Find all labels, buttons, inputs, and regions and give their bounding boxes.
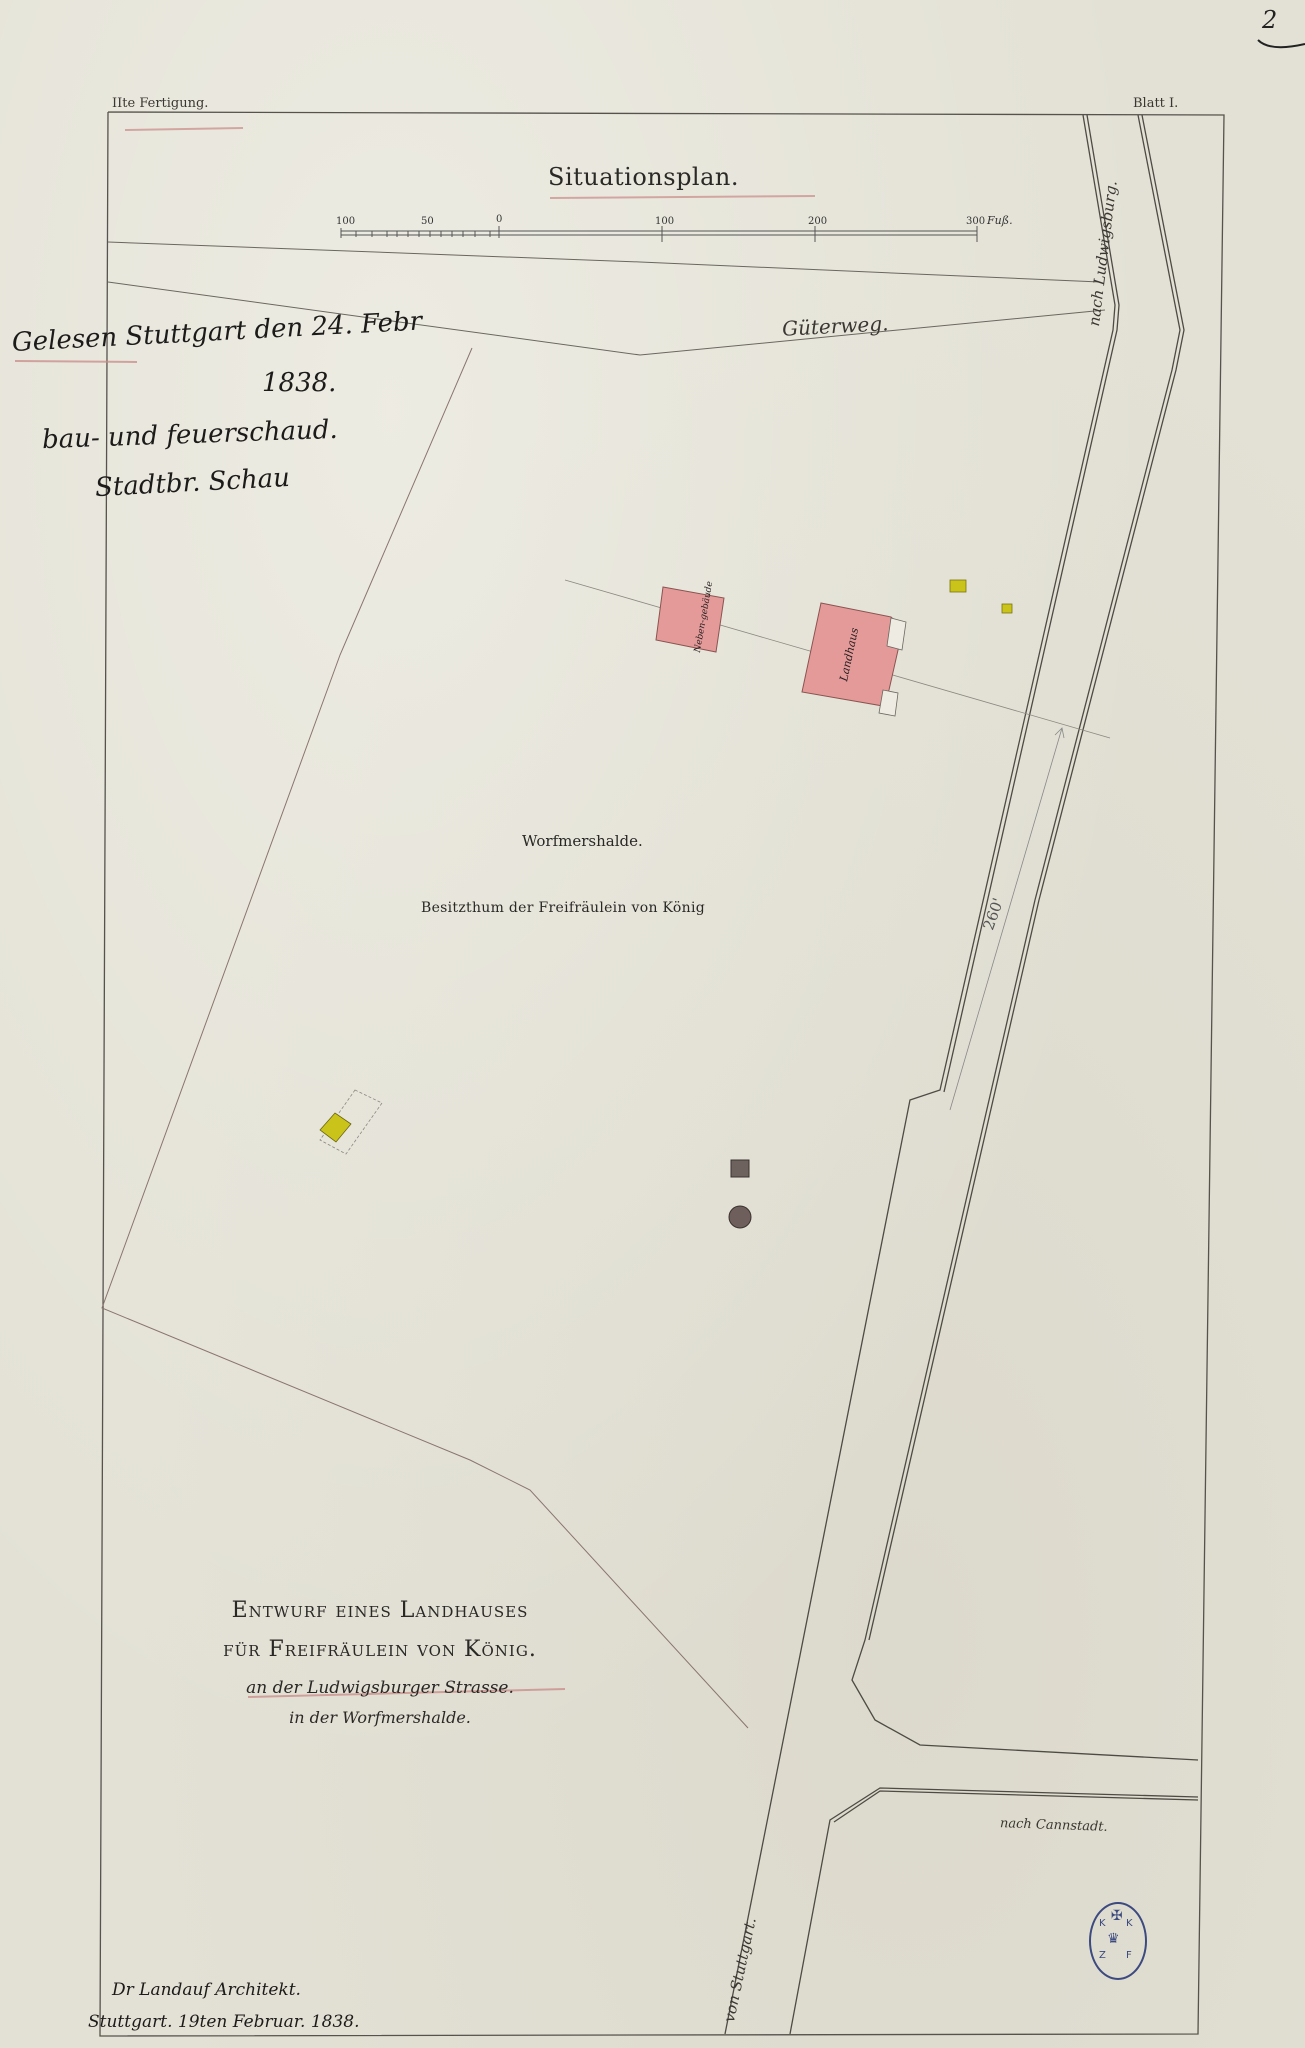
- stamp-letter: Z: [1099, 1950, 1106, 1961]
- owner-label: Besitzthum der Freifräulein von König: [421, 900, 705, 916]
- stamp-letter: K: [1099, 1918, 1106, 1929]
- yellow-outbuilding-3: [320, 1090, 382, 1154]
- stamp-letter: K: [1126, 1918, 1133, 1929]
- scale-tick-label: 0: [496, 214, 502, 225]
- dark-square-marker: [731, 1160, 749, 1177]
- scale-tick-label: 200: [808, 216, 827, 227]
- crown-icon: ♛: [1107, 1931, 1120, 1947]
- page-number: 2: [1262, 6, 1277, 34]
- nebengebaeude-building: [656, 587, 724, 652]
- ludwigsburger-strasse-road: [725, 115, 1198, 2034]
- yellow-outbuilding-2: [1002, 604, 1012, 613]
- cartouche-line4: in der Worfmershalde.: [160, 1708, 600, 1727]
- title-cartouche: Entwurf eines Landhauses für Freifräulei…: [160, 1598, 600, 1727]
- site-plan-drawing: [0, 0, 1305, 2048]
- border-frame: [100, 112, 1224, 2036]
- scale-unit-label: Fuß.: [987, 214, 1013, 227]
- scale-bar: [341, 226, 977, 242]
- place-name-label: Worfmershalde.: [522, 832, 643, 850]
- dimension-line: [950, 728, 1064, 1110]
- plan-title: Situationsplan.: [548, 163, 739, 191]
- header-fertigung: IIte Fertigung.: [112, 96, 208, 111]
- property-boundary: [102, 348, 748, 1728]
- cartouche-line3: an der Ludwigsburger Strasse.: [160, 1678, 600, 1698]
- scale-tick-label: 100: [655, 216, 674, 227]
- cartouche-line1: Entwurf eines Landhauses: [160, 1598, 600, 1623]
- architect-signature: Dr Landauf Architekt.: [112, 1980, 301, 2000]
- stamp-letter: F: [1126, 1950, 1132, 1961]
- scale-tick-label: 100: [336, 216, 355, 227]
- dark-circle-marker: [729, 1206, 751, 1228]
- archive-stamp: K K ✠ ♛ Z F: [1089, 1902, 1147, 1980]
- header-sheet-number: Blatt I.: [1133, 96, 1178, 111]
- signature-date: Stuttgart. 19ten Februar. 1838.: [88, 2012, 360, 2032]
- yellow-outbuilding-1: [950, 580, 966, 592]
- cartouche-line2: für Freifräulein von König.: [160, 1637, 600, 1662]
- scale-tick-label: 50: [421, 216, 434, 227]
- scale-tick-label: 300: [966, 216, 985, 227]
- approval-note-line2: 1838.: [262, 368, 336, 398]
- crown-cross-icon: ✠: [1111, 1908, 1123, 1924]
